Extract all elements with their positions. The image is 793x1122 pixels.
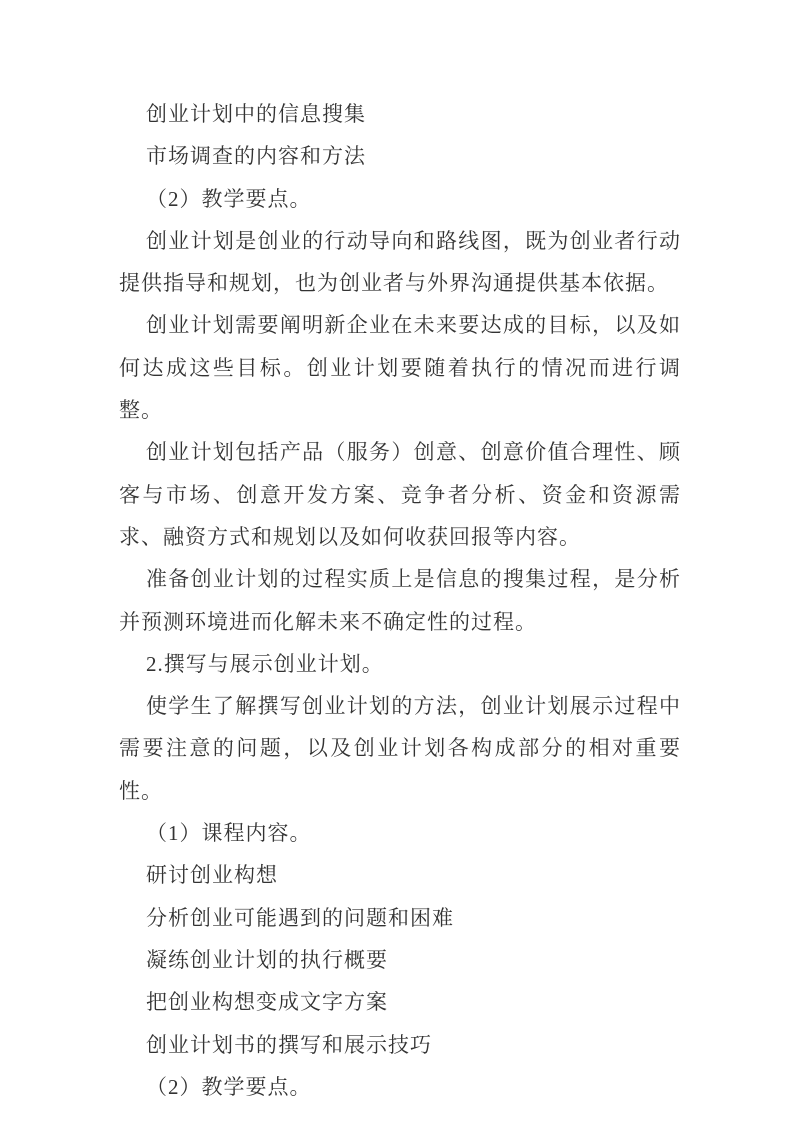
paragraph: 创业计划是创业的行动导向和路线图，既为创业者行动提供指导和规划，也为创业者与外界… (119, 220, 681, 305)
paragraph: 市场调查的内容和方法 (119, 135, 681, 177)
paragraph: 把创业构想变成文字方案 (119, 981, 681, 1023)
paragraph: 创业计划书的撰写和展示技巧 (119, 1024, 681, 1066)
paragraph: （1）课程内容。 (119, 812, 681, 854)
document-page: 创业计划中的信息搜集市场调查的内容和方法（2）教学要点。创业计划是创业的行动导向… (0, 0, 793, 1122)
paragraph: 研讨创业构想 (119, 854, 681, 896)
text-block: 创业计划中的信息搜集市场调查的内容和方法（2）教学要点。创业计划是创业的行动导向… (119, 93, 681, 1108)
paragraph: 创业计划需要阐明新企业在未来要达成的目标，以及如何达成这些目标。创业计划要随着执… (119, 304, 681, 431)
paragraph: 创业计划中的信息搜集 (119, 93, 681, 135)
paragraph: 凝练创业计划的执行概要 (119, 939, 681, 981)
paragraph: 2.撰写与展示创业计划。 (119, 643, 681, 685)
paragraph: 准备创业计划的过程实质上是信息的搜集过程，是分析并预测环境进而化解未来不确定性的… (119, 558, 681, 643)
paragraph: 使学生了解撰写创业计划的方法，创业计划展示过程中需要注意的问题，以及创业计划各构… (119, 685, 681, 812)
paragraph: 分析创业可能遇到的问题和困难 (119, 897, 681, 939)
paragraph: （2）教学要点。 (119, 1066, 681, 1108)
paragraph: （2）教学要点。 (119, 178, 681, 220)
paragraph: 创业计划包括产品（服务）创意、创意价值合理性、顾客与市场、创意开发方案、竞争者分… (119, 431, 681, 558)
